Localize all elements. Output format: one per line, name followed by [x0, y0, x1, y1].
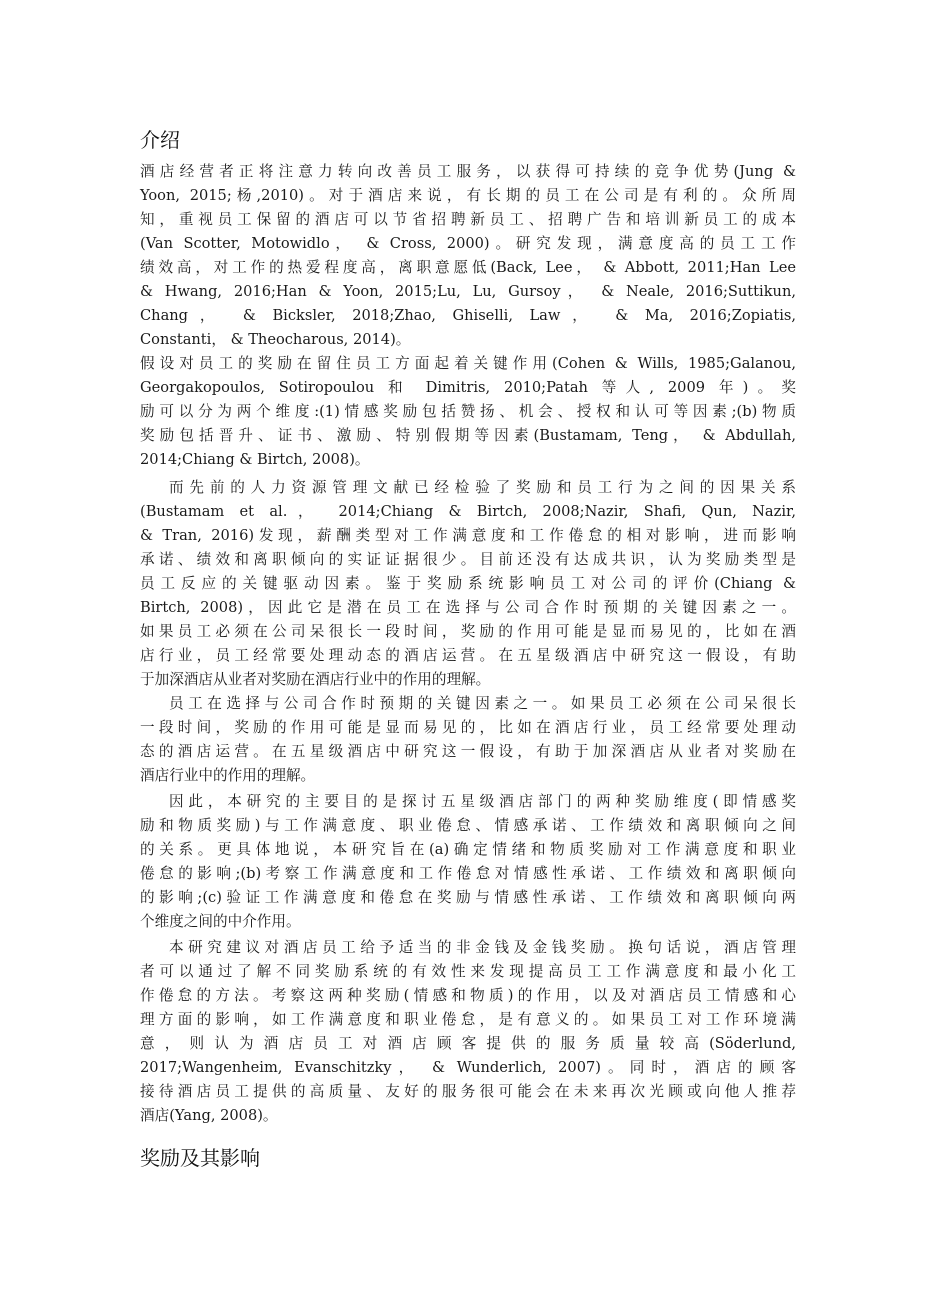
text-line: 意，则认为酒店员工对酒店顾客提供的服务质量较高(Söderlund,: [140, 1032, 796, 1056]
text-line: 理方面的影响，如工作满意度和职业倦怠，是有意义的。如果员工对工作环境满: [140, 1008, 796, 1032]
text-line: 员工在选择与公司合作时预期的关键因素之一。如果员工必须在公司呆很长: [140, 692, 796, 716]
text-line: 绩效高，对工作的热爱程度高，离职意愿低(Back, Lee， & Abbott,…: [140, 256, 796, 280]
text-line: 接待酒店员工提供的高质量、友好的服务很可能会在未来再次光顾或向他人推荐: [140, 1080, 796, 1104]
text-line: 个维度之间的中介作用。: [140, 910, 796, 934]
text-line: 如果员工必须在公司呆很长一段时间，奖励的作用可能是显而易见的，比如在酒: [140, 620, 796, 644]
text-line: 的关系。更具体地说，本研究旨在(a)确定情绪和物质奖励对工作满意度和职业: [140, 838, 796, 862]
text-line: 知，重视员工保留的酒店可以节省招聘新员工、招聘广告和培训新员工的成本: [140, 208, 796, 232]
text-line: 态的酒店运营。在五星级酒店中研究这一假设，有助于加深酒店从业者对奖励在: [140, 740, 796, 764]
text-line: 承诺、绩效和离职倾向的实证证据很少。目前还没有达成共识，认为奖励类型是: [140, 548, 796, 572]
text-line: 2017;Wangenheim, Evanschitzky， & Wunderl…: [140, 1056, 796, 1080]
text-line: & Tran, 2016)发现，薪酬类型对工作满意度和工作倦怠的相对影响，进而影…: [140, 524, 796, 548]
text-line: Chang， & Bicksler, 2018;Zhao, Ghiselli, …: [140, 304, 796, 328]
text-line: 假设对员工的奖励在留住员工方面起着关键作用(Cohen & Wills, 198…: [140, 352, 796, 376]
text-line: 于加深酒店从业者对奖励在酒店行业中的作用的理解。: [140, 668, 796, 692]
text-line: (Bustamam et al.， 2014;Chiang & Birtch, …: [140, 500, 796, 524]
text-line: 倦怠的影响;(b)考察工作满意度和工作倦怠对情感性承诺、工作绩效和离职倾向: [140, 862, 796, 886]
text-line: 酒店(Yang, 2008)。: [140, 1104, 796, 1128]
text-line: 一段时间，奖励的作用可能是显而易见的，比如在酒店行业，员工经常要处理动: [140, 716, 796, 740]
text-line: 奖励包括晋升、证书、激励、特别假期等因素(Bustamam, Teng， & A…: [140, 424, 796, 448]
text-line: (Van Scotter, Motowidlo， & Cross, 2000)。…: [140, 232, 796, 256]
text-line: Constanti， & Theocharous, 2014)。: [140, 328, 796, 352]
text-line: Yoon, 2015;杨,2010)。对于酒店来说，有长期的员工在公司是有利的。…: [140, 184, 796, 208]
section-heading-rewards: 奖励及其影响: [140, 1142, 260, 1171]
text-line: 而先前的人力资源管理文献已经检验了奖励和员工行为之间的因果关系: [140, 476, 796, 500]
text-line: Georgakopoulos, Sotiropoulou 和 Dimitris,…: [140, 376, 796, 400]
text-line: 因此，本研究的主要目的是探讨五星级酒店部门的两种奖励维度(即情感奖: [140, 790, 796, 814]
text-line: 店行业，员工经常要处理动态的酒店运营。在五星级酒店中研究这一假设，有助: [140, 644, 796, 668]
text-line: 2014;Chiang & Birtch, 2008)。: [140, 448, 796, 472]
section-heading-introduction: 介绍: [140, 124, 180, 153]
text-line: 作倦怠的方法。考察这两种奖励(情感和物质)的作用，以及对酒店员工情感和心: [140, 984, 796, 1008]
text-line: Birtch, 2008)，因此它是潜在员工在选择与公司合作时预期的关键因素之一…: [140, 596, 796, 620]
text-line: 励可以分为两个维度:(1)情感奖励包括赞扬、机会、授权和认可等因素;(b)物质: [140, 400, 796, 424]
text-line: 酒店行业中的作用的理解。: [140, 764, 796, 788]
text-line: 励和物质奖励)与工作满意度、职业倦怠、情感承诺、工作绩效和离职倾向之间: [140, 814, 796, 838]
text-line: & Hwang, 2016;Han & Yoon, 2015;Lu, Lu, G…: [140, 280, 796, 304]
text-line: 者可以通过了解不同奖励系统的有效性来发现提高员工工作满意度和最小化工: [140, 960, 796, 984]
text-line: 酒店经营者正将注意力转向改善员工服务，以获得可持续的竞争优势(Jung &: [140, 160, 796, 184]
text-line: 本研究建议对酒店员工给予适当的非金钱及金钱奖励。换句话说，酒店管理: [140, 936, 796, 960]
text-line: 的影响;(c)验证工作满意度和倦怠在奖励与情感性承诺、工作绩效和离职倾向两: [140, 886, 796, 910]
text-line: 员工反应的关键驱动因素。鉴于奖励系统影响员工对公司的评价(Chiang &: [140, 572, 796, 596]
